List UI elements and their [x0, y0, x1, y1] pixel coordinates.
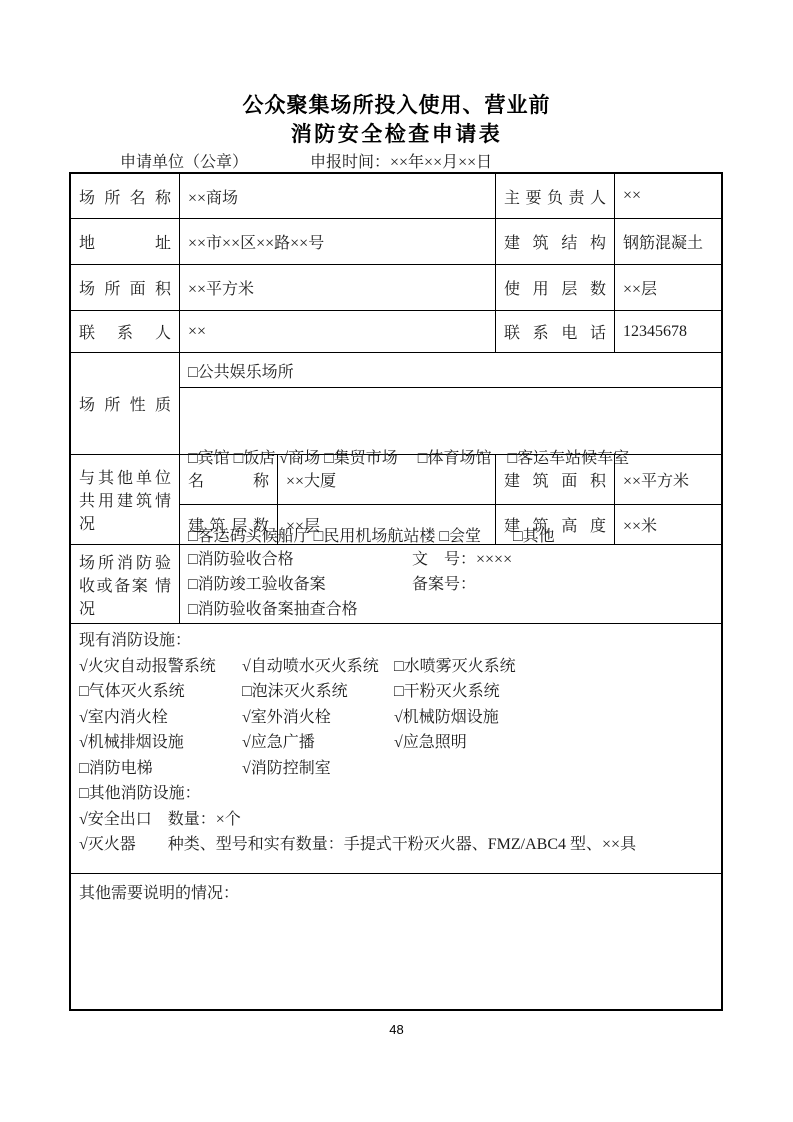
checkbox-completion-record: □消防竣工验收备案 [188, 572, 412, 597]
shared-building-subtable: 名 称 ××大厦 建筑面积 ××平方米 建筑层数 ××层 建筑高度 ××米 [180, 455, 721, 544]
field-label-building-height: 建筑高度 [496, 505, 615, 544]
checkbox-fire-elevator: □消防电梯 [79, 756, 242, 782]
checkbox-indoor-hydrant: √室内消火栓 [79, 705, 242, 731]
field-label-contact: 联 系 人 [71, 311, 180, 352]
field-label-building-area: 建筑面积 [496, 455, 615, 504]
form-row-venue-name: 场所名称 ××商场 主要负责人 ×× [71, 174, 721, 219]
acceptance-line-1: □消防验收合格 文 号：×××× [188, 547, 713, 572]
field-value-principal: ×× [615, 174, 721, 218]
field-label-venue-nature: 场所性质 [71, 353, 180, 454]
checkbox-dry-powder-system: □干粉灭火系统 [394, 679, 713, 705]
checkbox-spot-check-qualified: □消防验收备案抽查合格 [188, 597, 412, 622]
checkbox-gas-extinguishing: □气体灭火系统 [79, 679, 242, 705]
shared-building-row-name: 名 称 ××大厦 建筑面积 ××平方米 [180, 455, 721, 505]
report-time-label: 申报时间：××年××月××日 [310, 149, 492, 172]
checkbox-fire-alarm-system: √火灾自动报警系统 [79, 654, 242, 680]
field-value-area: ××平方米 [180, 265, 496, 310]
application-form-table: 场所名称 ××商场 主要负责人 ×× 地 址 ××市××区××路××号 建筑结构… [69, 172, 723, 1011]
checkbox-smoke-prevention: √机械防烟设施 [394, 705, 713, 731]
field-value-floors-used: ××层 [615, 265, 721, 310]
checkbox-extinguisher: √灭火器 种类、型号和实有数量：手提式干粉灭火器、FMZ/ABC4 型、××具 [79, 832, 713, 858]
facilities-grid-row: □气体灭火系统 □泡沫灭火系统 □干粉灭火系统 [79, 679, 713, 705]
field-value-building-height: ××米 [615, 505, 721, 544]
field-label-phone: 联系电话 [496, 311, 615, 352]
field-value-building-name: ××大厦 [278, 455, 496, 504]
checkbox-fire-control-room: √消防控制室 [242, 756, 394, 782]
doc-title-line1: 公众聚集场所投入使用、营业前 [0, 91, 793, 120]
checkbox-outdoor-hydrant: √室外消火栓 [242, 705, 394, 731]
checkbox-water-mist-system: □水喷雾灭火系统 [394, 654, 713, 680]
doc-title-line2: 消防安全检查申请表 [0, 120, 793, 149]
field-label-floors-used: 使用层数 [496, 265, 615, 310]
field-label-structure: 建筑结构 [496, 219, 615, 264]
checkbox-acceptance-qualified: □消防验收合格 [188, 547, 412, 572]
field-value-address: ××市××区××路××号 [180, 219, 496, 264]
field-value-building-area: ××平方米 [615, 455, 721, 504]
acceptance-options: □消防验收合格 文 号：×××× □消防竣工验收备案 备案号： □消防验收备案抽… [180, 545, 721, 623]
field-label-shared-building: 与其他单位共用建筑情况 [71, 455, 180, 544]
facilities-grid-row: □消防电梯 √消防控制室 [79, 756, 713, 782]
other-notes-label: 其他需要说明的情况： [79, 880, 239, 903]
other-notes-cell: 其他需要说明的情况： [71, 874, 721, 1009]
checkbox-safety-exit: √安全出口 数量：×个 [79, 807, 713, 833]
form-row-contact: 联 系 人 ×× 联系电话 12345678 [71, 311, 721, 353]
checkbox-emergency-broadcast: √应急广播 [242, 730, 394, 756]
checkbox-other-facilities: □其他消防设施： [79, 781, 713, 807]
field-value-phone: 12345678 [615, 311, 721, 352]
doc-title: 公众聚集场所投入使用、营业前 消防安全检查申请表 [0, 91, 793, 149]
form-row-other-notes: 其他需要说明的情况： [71, 874, 721, 1009]
field-label-building-name: 名 称 [180, 455, 278, 504]
form-row-acceptance: 场所消防验收或备案 情况 □消防验收合格 文 号：×××× □消防竣工验收备案 … [71, 545, 721, 624]
acceptance-doc-number: 文 号：×××× [412, 547, 512, 572]
checkbox-public-entertainment: □公共娱乐场所 [180, 353, 721, 388]
checkbox-sprinkler-system: √自动喷水灭火系统 [242, 654, 394, 680]
page-number: 48 [0, 1022, 793, 1037]
field-label-acceptance: 场所消防验收或备案 情况 [71, 545, 180, 623]
form-row-area: 场所面积 ××平方米 使用层数 ××层 [71, 265, 721, 311]
facilities-section: 现有消防设施： √火灾自动报警系统 √自动喷水灭火系统 □水喷雾灭火系统 □气体… [71, 624, 721, 873]
field-value-venue-name: ××商场 [180, 174, 496, 218]
field-label-principal: 主要负责人 [496, 174, 615, 218]
field-label-venue-name: 场所名称 [71, 174, 180, 218]
checkbox-foam-extinguishing: □泡沫灭火系统 [242, 679, 394, 705]
field-value-contact: ×× [180, 311, 496, 352]
acceptance-line-2: □消防竣工验收备案 备案号： [188, 572, 713, 597]
shared-building-row-floors: 建筑层数 ××层 建筑高度 ××米 [180, 505, 721, 544]
form-row-shared-building: 与其他单位共用建筑情况 名 称 ××大厦 建筑面积 ××平方米 建筑层数 ××层… [71, 455, 721, 545]
facilities-grid-row: √机械排烟设施 √应急广播 √应急照明 [79, 730, 713, 756]
field-value-structure: 钢筋混凝土 [615, 219, 721, 264]
applicant-unit-label: 申请单位（公章） [120, 149, 248, 172]
facilities-grid-row: √室内消火栓 √室外消火栓 √机械防烟设施 [79, 705, 713, 731]
field-label-building-floors: 建筑层数 [180, 505, 278, 544]
form-row-address: 地 址 ××市××区××路××号 建筑结构 钢筋混凝土 [71, 219, 721, 265]
document-page: 公众聚集场所投入使用、营业前 消防安全检查申请表 申请单位（公章） 申报时间：×… [0, 0, 793, 1122]
acceptance-line-3: □消防验收备案抽查合格 [188, 597, 713, 622]
field-label-area: 场所面积 [71, 265, 180, 310]
field-value-building-floors: ××层 [278, 505, 496, 544]
form-subheader: 申请单位（公章） 申报时间：××年××月××日 [0, 149, 793, 169]
form-row-venue-nature: 场所性质 □公共娱乐场所 □宾馆 □饭店 √商场 □集贸市场 □体育场馆 □客运… [71, 353, 721, 455]
facilities-grid-row: √火灾自动报警系统 √自动喷水灭火系统 □水喷雾灭火系统 [79, 654, 713, 680]
checkbox-emergency-lighting: √应急照明 [394, 730, 713, 756]
acceptance-record-number: 备案号： [412, 572, 476, 597]
venue-nature-options: □公共娱乐场所 □宾馆 □饭店 √商场 □集贸市场 □体育场馆 □客运车站候车室… [180, 353, 721, 454]
checkbox-smoke-exhaust: √机械排烟设施 [79, 730, 242, 756]
field-label-address: 地 址 [71, 219, 180, 264]
facilities-heading: 现有消防设施： [79, 628, 713, 654]
form-row-facilities: 现有消防设施： √火灾自动报警系统 √自动喷水灭火系统 □水喷雾灭火系统 □气体… [71, 624, 721, 874]
